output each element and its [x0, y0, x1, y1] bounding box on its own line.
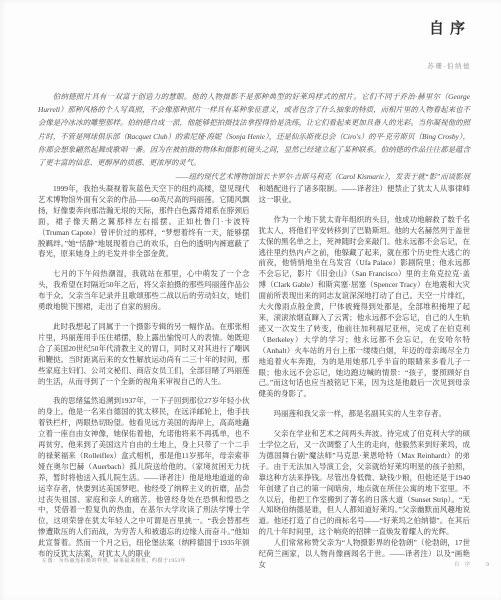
page-footer: 自 序9 — [454, 560, 489, 568]
paragraph: 我的思绪猛然追溯到1937年，一下子回到那位27岁年轻小伙的身上。他是一名来自德… — [38, 396, 250, 560]
paragraph: 父亲在学业和艺术之间两头奔波。待完成了伯克利大学的硕士学位之后，又一次调整了人生… — [259, 429, 471, 538]
paragraph: 1999年，我抬头凝视着灰蓝色天空下的纽约高楼，望见现代艺术博物馆外面有父亲的作… — [38, 184, 250, 260]
paragraph-continuation: 和婚配进行了诸多限制。——译者注）便禁止了犹太人从事律师这一职业。 — [259, 184, 471, 206]
paragraph: 七月的下午闷热潮湿，我就站在那里，心中萌发了一个念头，我希望在时隔近50年之后，… — [38, 269, 250, 313]
paragraph: 此时我想起了同属于一个摄影专辑的另一幅作品。在那张相片里，玛丽莲用手压住裙摆，脸… — [38, 322, 250, 387]
caption-footnote: 左图：为玛丽莲拍摄的样照，禄莱福来相机，约摄于1953年 — [42, 557, 186, 564]
paragraph: 玛丽莲和我父亲一样，都是名副其实的人生幸存者。 — [259, 409, 471, 420]
paragraph: 作为一个地下犹太青年组织的头目，他成功地解救了数千名犹太人，将他们平安转移到了巴… — [259, 215, 471, 400]
paragraph: 人们常常称赞父亲为“人物摄影界的伦勃朗”（伦勃朗，17世纪荷兰画家，以人物肖像画… — [259, 538, 471, 571]
quote-attribution: ——纽约现代艺术博物馆馆长卡罗尔·吉斯马利克（Carol Kismaric），发… — [38, 170, 470, 183]
right-column: 和婚配进行了诸多限制。——译者注）便禁止了犹太人从事律师这一职业。 作为一个地下… — [259, 184, 471, 571]
author-name: 苏珊·伯纳德 — [427, 61, 471, 70]
page-number: 9 — [486, 562, 489, 568]
quote-text: 伯纳德照片具有一双富于创造力的慧眼。他的人物摄影不是那种典型的好莱坞样式的照片。… — [38, 90, 470, 169]
quote-block: 伯纳德照片具有一双富于创造力的慧眼。他的人物摄影不是那种典型的好莱坞样式的照片。… — [38, 90, 470, 183]
book-page: 自序 苏珊·伯纳德 伯纳德照片具有一双富于创造力的慧眼。他的人物摄影不是那种典型… — [0, 0, 501, 600]
text-columns: 1999年，我抬头凝视着灰蓝色天空下的纽约高楼，望见现代艺术博物馆外面有父亲的作… — [38, 184, 470, 571]
running-title: 自 序 — [454, 562, 472, 568]
left-column: 1999年，我抬头凝视着灰蓝色天空下的纽约高楼，望见现代艺术博物馆外面有父亲的作… — [38, 184, 250, 571]
page-title: 自序 — [429, 17, 471, 38]
